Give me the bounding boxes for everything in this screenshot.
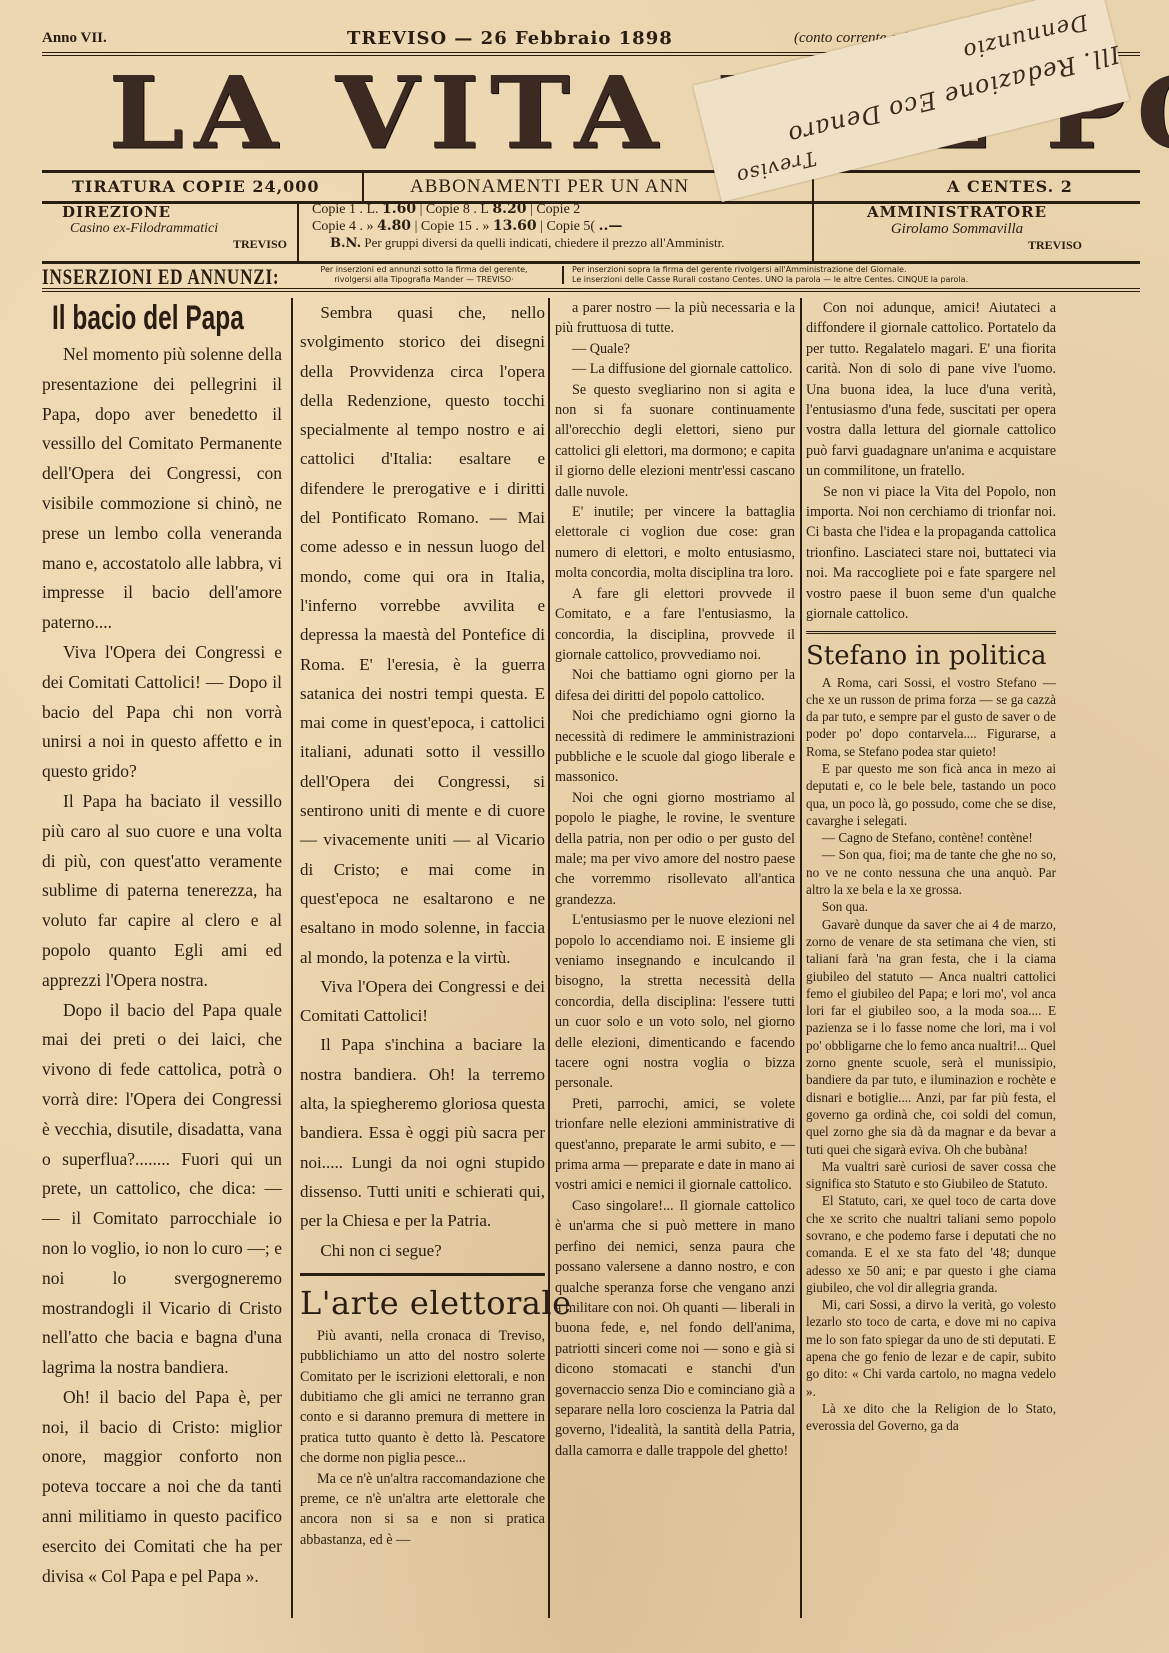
paragraph: Preti, parrochi, amici, se volete trionf…: [555, 1094, 795, 1196]
paragraph: Chi non ci segue?: [300, 1236, 545, 1265]
editorial-office: DIREZIONE Casino ex-Filodrammatici TREVI…: [62, 203, 287, 252]
paragraph: Viva l'Opera dei Congressi e dei Comitat…: [300, 972, 545, 1031]
paragraph: Mi, cari Sossi, a dirvo la verità, go vo…: [806, 1296, 1056, 1400]
paragraph: El Statuto, cari, xe quel toco de carta …: [806, 1192, 1056, 1296]
paragraph: Se questo svegliarino non si agita e non…: [555, 380, 795, 502]
divider: [297, 201, 299, 261]
advertising-heading: INSERZIONI ED ANNUNZI:: [42, 264, 279, 290]
subscription-prices: Copie 1 . L. 1.60 | Copie 8 . L 8.20 | C…: [312, 201, 812, 251]
article-title: L'arte elettorale: [300, 1273, 545, 1322]
paragraph: Viva l'Opera dei Congressi e dei Comitat…: [42, 638, 282, 787]
article-title: Stefano in politica: [806, 631, 1056, 672]
paragraph: Son qua.: [806, 898, 1056, 915]
advertising-rates: Per inserzioni sopra la firma del gerent…: [572, 265, 1102, 285]
paragraph: — Cagno de Stefano, contène! contène!: [806, 829, 1056, 846]
paragraph: A Roma, cari Sossi, el vostro Stefano — …: [806, 674, 1056, 760]
issue-price: A CENTES. 2: [947, 177, 1073, 196]
administration: AMMINISTRATORE Girolamo Sommavilla TREVI…: [832, 203, 1082, 253]
divider: [562, 266, 564, 284]
volume-number: Anno VII.: [42, 30, 107, 47]
paragraph: Nel momento più solenne della presentazi…: [42, 340, 282, 638]
price-note: B.N. Per gruppi diversi da quelli indica…: [312, 235, 812, 251]
paragraph: a parer nostro — la più necessaria e la …: [555, 298, 795, 339]
article-title: Il bacio del Papa: [52, 298, 218, 338]
paragraph: Ma ce n'è un'altra raccomandazione che p…: [300, 1469, 545, 1551]
paragraph: E par questo me son ficà anca in mezo ai…: [806, 760, 1056, 829]
paragraph: L'entusiasmo per le nuove elezioni nel p…: [555, 910, 795, 1094]
info-band: DIREZIONE Casino ex-Filodrammatici TREVI…: [42, 201, 1140, 264]
column-3: a parer nostro — la più necessaria e la …: [555, 298, 795, 1461]
paragraph: Noi che predichiamo ogni giorno la neces…: [555, 706, 795, 788]
column-rule: [548, 298, 550, 1618]
dateline: TREVISO — 26 Febbraio 1898: [347, 28, 673, 49]
paragraph: Sembra quasi che, nello svolgimento stor…: [300, 298, 545, 972]
column-2: Sembra quasi che, nello svolgimento stor…: [300, 298, 545, 1550]
price-row: Copie 4 . » 4.80 | Copie 15 . » 13.60 | …: [312, 218, 812, 235]
paragraph: — Son qua, fioi; ma de tante che ghe no …: [806, 846, 1056, 898]
subscriptions-heading: ABBONAMENTI PER UN ANN: [410, 176, 689, 198]
divider: [812, 201, 814, 261]
paragraph: Noi che battiamo ogni giorno per la dife…: [555, 665, 795, 706]
paragraph: E' inutile; per vincere la battaglia ele…: [555, 502, 795, 584]
paragraph: Gavarè dunque da saver che ai 4 de marzo…: [806, 916, 1056, 1158]
paragraph: Noi che ogni giorno mostriamo al popolo …: [555, 788, 795, 910]
paragraph: Se non vi piace la Vita del Popolo, non …: [806, 482, 1056, 625]
paragraph: Caso singolare!... Il giornale cattolico…: [555, 1196, 795, 1461]
paragraph: Oh! il bacio del Papa è, per noi, il bac…: [42, 1383, 282, 1592]
divider: [362, 173, 364, 201]
paragraph: A fare gli elettori provvede il Comitato…: [555, 584, 795, 666]
paragraph: Il Papa s'inchina a baciare la nostra ba…: [300, 1030, 545, 1235]
paragraph: Ma vualtri sarè curiosi de saver cossa c…: [806, 1158, 1056, 1193]
paragraph: — Quale?: [555, 339, 795, 359]
column-rule: [800, 298, 802, 1618]
circulation-band: TIRATURA COPIE 24,000 ABBONAMENTI PER UN…: [42, 170, 1140, 204]
paragraph: Più avanti, nella cronaca di Treviso, pu…: [300, 1326, 545, 1469]
circulation: TIRATURA COPIE 24,000: [72, 177, 320, 196]
advertising-band: INSERZIONI ED ANNUNZI: Per inserzioni ed…: [42, 264, 1140, 292]
column-4: Con noi adunque, amici! Aiutateci a diff…: [806, 298, 1056, 1435]
paragraph: — La diffusione del giornale cattolico.: [555, 359, 795, 379]
advertising-note: Per inserzioni ed annunzi sotto la firma…: [294, 265, 554, 285]
paragraph: Là xe dito che la Religion de lo Stato, …: [806, 1400, 1056, 1435]
price-row: Copie 1 . L. 1.60 | Copie 8 . L 8.20 | C…: [312, 201, 812, 218]
column-1: Il bacio del Papa Nel momento più solenn…: [42, 298, 282, 1591]
column-rule: [291, 298, 293, 1618]
paragraph: Con noi adunque, amici! Aiutateci a diff…: [806, 298, 1056, 482]
paragraph: Dopo il bacio del Papa quale mai dei pre…: [42, 996, 282, 1383]
paragraph: Il Papa ha baciato il vessillo più caro …: [42, 787, 282, 996]
newspaper-page: Anno VII. TREVISO — 26 Febbraio 1898 (co…: [30, 30, 1140, 1630]
